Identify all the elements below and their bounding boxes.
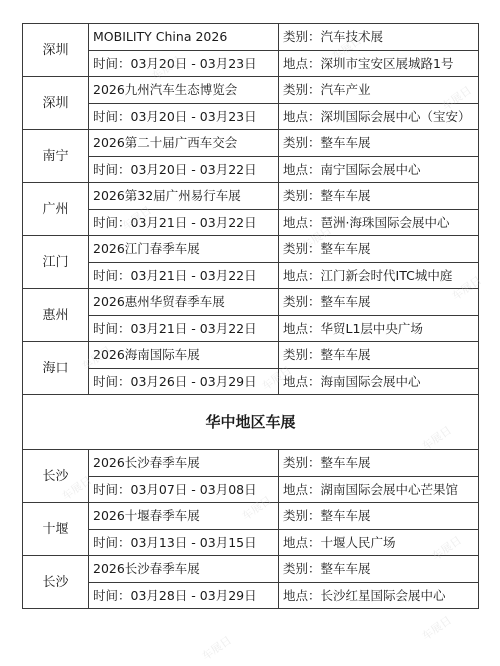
event-row-detail: 时间：03月20日 - 03月22日地点：南宁国际会展中心 [23,156,479,183]
event-row-detail: 时间：03月21日 - 03月22日地点：华贸L1层中央广场 [23,315,479,342]
location-label: 地点： [283,109,321,124]
category-label: 类别： [283,561,321,576]
watermark-text: 车展日 [418,612,454,644]
event-name: 2026惠州华贸春季车展 [89,289,279,316]
category-value: 汽车产业 [321,82,371,97]
time-value: 03月20日 - 03月22日 [131,162,257,177]
event-row: 江门2026江门春季车展类别：整车车展 [23,236,479,263]
location-cell: 地点：琶洲·海珠国际会展中心 [279,209,479,236]
time-label: 时间： [93,321,131,336]
time-label: 时间： [93,56,131,71]
event-row: 深圳MOBILITY China 2026类别：汽车技术展 [23,24,479,51]
category-value: 整车车展 [321,241,371,256]
city-cell: 长沙 [23,450,89,503]
city-cell: 深圳 [23,24,89,77]
category-label: 类别： [283,508,321,523]
category-value: 整车车展 [321,561,371,576]
location-label: 地点： [283,268,321,283]
time-cell: 时间：03月26日 - 03月29日 [89,368,279,395]
event-row-detail: 时间：03月28日 - 03月29日地点：长沙红星国际会展中心 [23,582,479,609]
category-cell: 类别：整车车展 [279,503,479,530]
time-value: 03月28日 - 03月29日 [131,588,257,603]
location-value: 江门新会时代ITC城中庭 [321,268,453,283]
time-cell: 时间：03月13日 - 03月15日 [89,529,279,556]
location-value: 长沙红星国际会展中心 [321,588,446,603]
location-label: 地点： [283,482,321,497]
location-value: 琶洲·海珠国际会展中心 [321,215,450,230]
event-row: 十堰2026十堰春季车展类别：整车车展 [23,503,479,530]
category-cell: 类别：汽车技术展 [279,24,479,51]
event-name: 2026江门春季车展 [89,236,279,263]
location-label: 地点： [283,374,321,389]
time-cell: 时间：03月28日 - 03月29日 [89,582,279,609]
time-cell: 时间：03月21日 - 03月22日 [89,262,279,289]
time-value: 03月21日 - 03月22日 [131,268,257,283]
location-cell: 地点：海南国际会展中心 [279,368,479,395]
time-label: 时间： [93,588,131,603]
location-value: 深圳市宝安区展城路1号 [321,56,454,71]
city-cell: 海口 [23,342,89,395]
event-row-detail: 时间：03月21日 - 03月22日地点：琶洲·海珠国际会展中心 [23,209,479,236]
time-cell: 时间：03月07日 - 03月08日 [89,476,279,503]
category-cell: 类别：汽车产业 [279,77,479,104]
category-cell: 类别：整车车展 [279,236,479,263]
time-value: 03月13日 - 03月15日 [131,535,257,550]
event-name: 2026长沙春季车展 [89,556,279,583]
location-value: 海南国际会展中心 [321,374,421,389]
event-row: 惠州2026惠州华贸春季车展类别：整车车展 [23,289,479,316]
city-cell: 广州 [23,183,89,236]
event-row: 长沙2026长沙春季车展类别：整车车展 [23,450,479,477]
location-value: 十堰人民广场 [321,535,396,550]
event-row-detail: 时间：03月13日 - 03月15日地点：十堰人民广场 [23,529,479,556]
location-cell: 地点：十堰人民广场 [279,529,479,556]
location-cell: 地点：长沙红星国际会展中心 [279,582,479,609]
city-cell: 深圳 [23,77,89,130]
location-label: 地点： [283,215,321,230]
location-cell: 地点：湖南国际会展中心芒果馆 [279,476,479,503]
time-cell: 时间：03月21日 - 03月22日 [89,315,279,342]
section-header-row: 华中地区车展 [23,395,479,450]
time-label: 时间： [93,535,131,550]
time-value: 03月20日 - 03月23日 [131,109,257,124]
time-cell: 时间：03月21日 - 03月22日 [89,209,279,236]
city-cell: 惠州 [23,289,89,342]
event-row-detail: 时间：03月21日 - 03月22日地点：江门新会时代ITC城中庭 [23,262,479,289]
city-cell: 南宁 [23,130,89,183]
auto-show-schedule: 深圳MOBILITY China 2026类别：汽车技术展时间：03月20日 -… [22,23,478,609]
location-cell: 地点：深圳市宝安区展城路1号 [279,50,479,77]
location-label: 地点： [283,56,321,71]
time-label: 时间： [93,482,131,497]
location-label: 地点： [283,535,321,550]
category-cell: 类别：整车车展 [279,183,479,210]
location-cell: 地点：南宁国际会展中心 [279,156,479,183]
category-value: 整车车展 [321,455,371,470]
event-name: 2026第二十届广西车交会 [89,130,279,157]
location-cell: 地点：江门新会时代ITC城中庭 [279,262,479,289]
event-row-detail: 时间：03月20日 - 03月23日地点：深圳国际会展中心（宝安） [23,103,479,130]
schedule-table: 深圳MOBILITY China 2026类别：汽车技术展时间：03月20日 -… [22,23,479,609]
location-cell: 地点：深圳国际会展中心（宝安） [279,103,479,130]
time-value: 03月26日 - 03月29日 [131,374,257,389]
category-value: 汽车技术展 [321,29,384,44]
city-cell: 江门 [23,236,89,289]
time-label: 时间： [93,268,131,283]
event-row: 广州2026第32届广州易行车展类别：整车车展 [23,183,479,210]
category-cell: 类别：整车车展 [279,342,479,369]
location-value: 深圳国际会展中心（宝安） [321,109,471,124]
time-label: 时间： [93,109,131,124]
event-name: 2026九州汽车生态博览会 [89,77,279,104]
category-label: 类别： [283,135,321,150]
location-label: 地点： [283,162,321,177]
category-value: 整车车展 [321,188,371,203]
city-cell: 长沙 [23,556,89,609]
event-name: 2026海南国际车展 [89,342,279,369]
event-name: 2026十堰春季车展 [89,503,279,530]
event-row: 南宁2026第二十届广西车交会类别：整车车展 [23,130,479,157]
watermark-text: 车展日 [198,632,234,664]
category-label: 类别： [283,455,321,470]
category-label: 类别： [283,347,321,362]
location-value: 湖南国际会展中心芒果馆 [321,482,459,497]
time-label: 时间： [93,215,131,230]
time-cell: 时间：03月20日 - 03月23日 [89,103,279,130]
category-cell: 类别：整车车展 [279,130,479,157]
event-row-detail: 时间：03月20日 - 03月23日地点：深圳市宝安区展城路1号 [23,50,479,77]
event-name: MOBILITY China 2026 [89,24,279,51]
event-row-detail: 时间：03月26日 - 03月29日地点：海南国际会展中心 [23,368,479,395]
category-label: 类别： [283,188,321,203]
time-value: 03月21日 - 03月22日 [131,321,257,336]
section-title: 华中地区车展 [23,395,479,450]
location-value: 华贸L1层中央广场 [321,321,423,336]
event-row: 海口2026海南国际车展类别：整车车展 [23,342,479,369]
category-cell: 类别：整车车展 [279,556,479,583]
time-value: 03月07日 - 03月08日 [131,482,257,497]
category-cell: 类别：整车车展 [279,289,479,316]
time-label: 时间： [93,374,131,389]
location-label: 地点： [283,321,321,336]
category-value: 整车车展 [321,135,371,150]
location-label: 地点： [283,588,321,603]
category-label: 类别： [283,294,321,309]
event-row-detail: 时间：03月07日 - 03月08日地点：湖南国际会展中心芒果馆 [23,476,479,503]
category-label: 类别： [283,241,321,256]
event-row: 深圳2026九州汽车生态博览会类别：汽车产业 [23,77,479,104]
category-value: 整车车展 [321,508,371,523]
city-cell: 十堰 [23,503,89,556]
event-row: 长沙2026长沙春季车展类别：整车车展 [23,556,479,583]
category-value: 整车车展 [321,347,371,362]
event-name: 2026第32届广州易行车展 [89,183,279,210]
location-cell: 地点：华贸L1层中央广场 [279,315,479,342]
time-value: 03月21日 - 03月22日 [131,215,257,230]
time-value: 03月20日 - 03月23日 [131,56,257,71]
category-label: 类别： [283,82,321,97]
time-cell: 时间：03月20日 - 03月23日 [89,50,279,77]
category-cell: 类别：整车车展 [279,450,479,477]
time-label: 时间： [93,162,131,177]
event-name: 2026长沙春季车展 [89,450,279,477]
category-value: 整车车展 [321,294,371,309]
category-label: 类别： [283,29,321,44]
location-value: 南宁国际会展中心 [321,162,421,177]
time-cell: 时间：03月20日 - 03月22日 [89,156,279,183]
